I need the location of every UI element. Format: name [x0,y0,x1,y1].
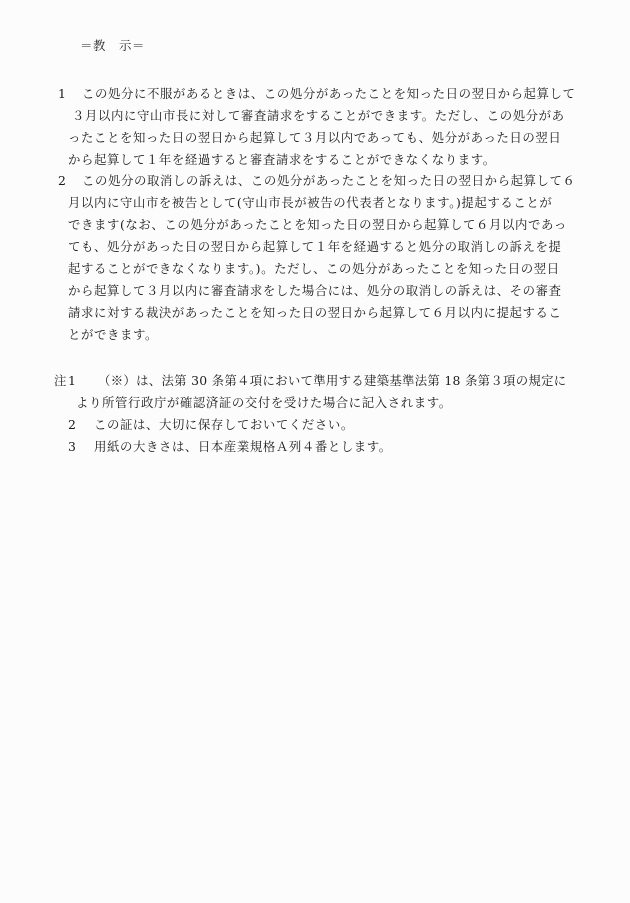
item-line: できます(なお、この処分があったことを知った日の翌日から起算して６月以内であっ [68,217,567,233]
item-number: 1 [58,86,66,102]
item-line: とができます。 [68,327,158,343]
item-line: 起することができなくなります。)。ただし、この処分があったことを知った日の翌日 [68,261,560,277]
note-number: 2 [68,417,76,433]
item-line: この処分の取消しの訴えは、この処分があったことを知った日の翌日から起算して６ [82,173,576,189]
notes-label: 注 [54,373,66,389]
item-number: 2 [58,173,66,189]
item-line: ったことを知った日の翌日から起算して３月以内であっても、処分があった日の翌日 [68,130,561,146]
item-line: この処分に不服があるときは、この処分があったことを知った日の翌日から起算して [82,86,576,102]
heading: ＝教 示＝ [80,38,145,54]
item-line: 請求に対する裁決があったことを知った日の翌日から起算して６月以内に提起するこ [68,305,562,321]
note-line: より所管行政庁が確認済証の交付を受けた場合に記入されます。 [76,395,452,411]
note-line: （※）は、法第 30 条第４項において準用する建築基準法第 18 条第３項の規定… [98,373,566,389]
note-number: 1 [68,373,76,389]
item-line: ３月以内に守山市長に対して審査請求をすることができます。ただし、この処分があ [72,108,565,124]
note-number: 3 [68,439,76,455]
item-line: 月以内に守山市を被告として(守山市長が被告の代表者となります。)提起することが [68,195,552,211]
item-line: から起算して３月以内に審査請求をした場合には、処分の取消しの訴えは、その審査 [68,283,562,299]
note-line: 用紙の大きさは、日本産業規格Ａ列４番とします。 [94,439,392,455]
item-line: から起算して１年を経過すると審査請求をすることができなくなります。 [68,152,496,168]
item-line: ても、処分があった日の翌日から起算して１年を経過すると処分の取消しの訴えを提 [68,239,562,255]
note-line: この証は、大切に保存しておいてください。 [94,417,354,433]
